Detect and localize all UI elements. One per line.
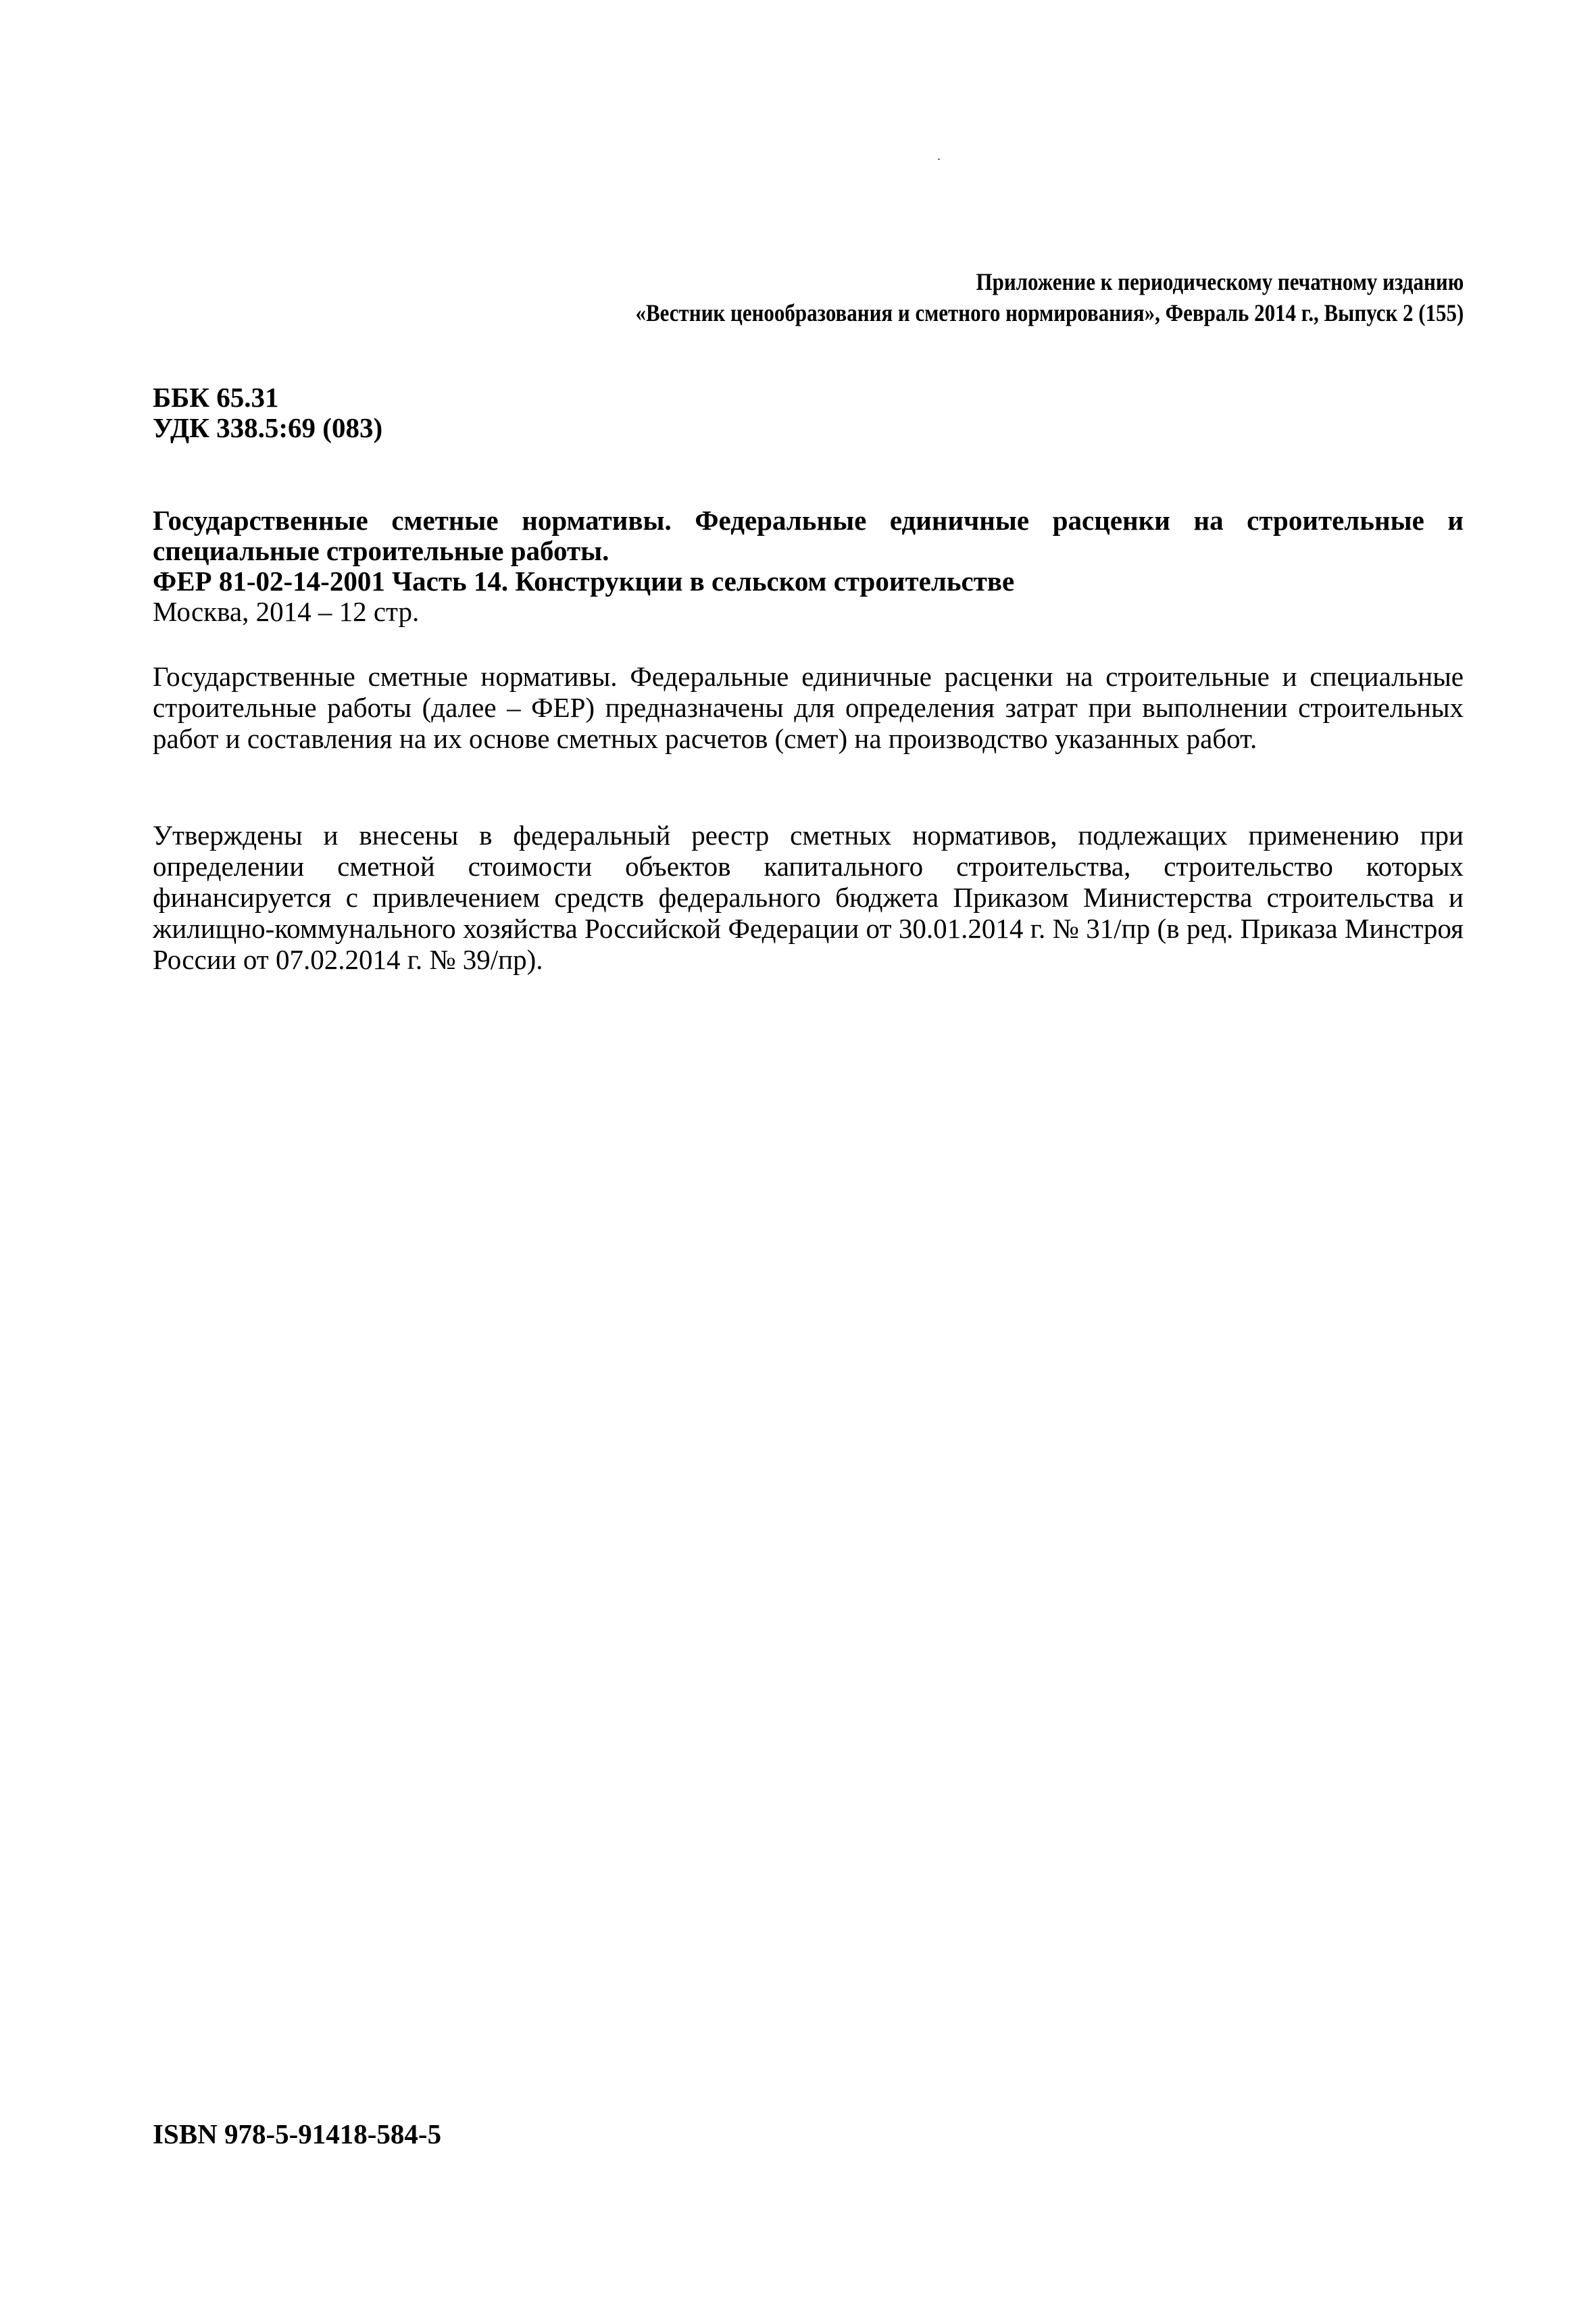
document-title-block: Государственные сметные нормативы. Федер…: [153, 505, 1464, 627]
title-line-3: ФЕР 81-02-14-2001 Часть 14. Конструкции …: [153, 566, 1464, 597]
title-line-1: Государственные сметные нормативы. Федер…: [153, 505, 1464, 536]
classification-codes: ББК 65.31 УДК 338.5:69 (083): [153, 382, 1464, 443]
udk-code: УДК 338.5:69 (083): [153, 413, 1464, 443]
bbk-code: ББК 65.31: [153, 382, 1464, 413]
isbn: ISBN 978-5-91418-584-5: [153, 2118, 1464, 2149]
publication-header: Приложение к периодическому печатному из…: [635, 266, 1464, 328]
scan-speck: [938, 159, 940, 159]
header-line-1: Приложение к периодическому печатному из…: [635, 266, 1464, 297]
title-line-2: специальные строительные работы.: [153, 536, 1464, 566]
approval-paragraph: Утверждены и внесены в федеральный реест…: [153, 820, 1464, 975]
imprint: Москва, 2014 – 12 стр.: [153, 597, 1464, 627]
description-paragraph: Государственные сметные нормативы. Федер…: [153, 661, 1464, 754]
header-line-2: «Вестник ценообразования и сметного норм…: [635, 297, 1464, 328]
